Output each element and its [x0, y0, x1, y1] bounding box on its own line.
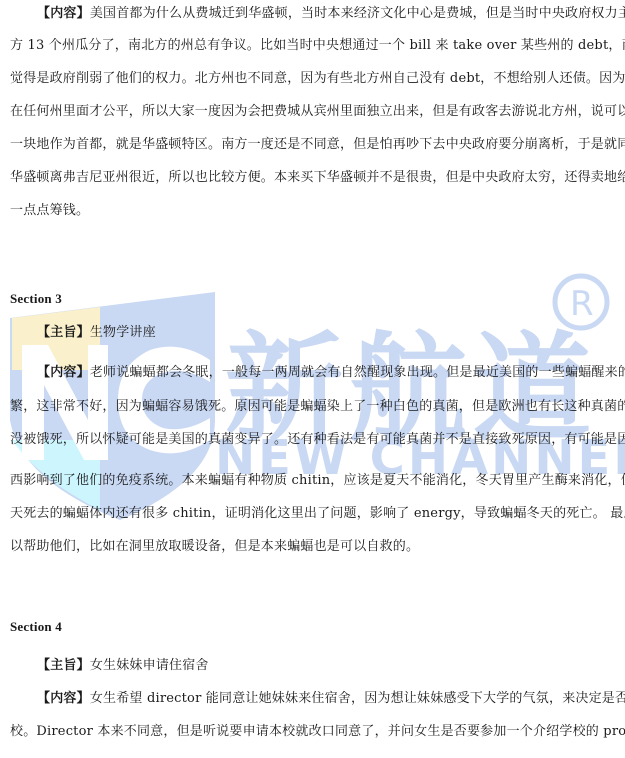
section4-topic: 【主旨】女生妹妹申请住宿舍	[37, 658, 209, 674]
section2-content-line: 方 13 个州瓜分了，南北方的州总有争议。比如当时中央想通过一个 bill 来 …	[10, 38, 625, 54]
section4-content-line: 【内容】女生希望 director 能同意让她妹妹来住宿舍，因为想让妹妹感受下大…	[37, 691, 625, 707]
section3-content-line: 以帮助他们，比如在洞里放取暖设备，但是本来蝙蝠也是可以自救的。	[10, 539, 419, 555]
svg-text:R: R	[570, 284, 594, 324]
section3-topic: 【主旨】生物学讲座	[37, 325, 156, 341]
section2-content-line: 一点点筹钱。	[10, 203, 89, 219]
content-label: 【内容】	[37, 6, 90, 21]
section2-content-line: 一块地作为首都，就是华盛顿特区。南方一度还是不同意，但是怕再吵下去中央政府要分崩…	[10, 137, 625, 153]
topic-label: 【主旨】	[37, 325, 90, 340]
section3-content-line: 西影响到了他们的免疫系统。本来蝙蝠有种物质 chitin，应该是夏天不能消化，冬…	[10, 473, 625, 489]
section3-content-line: 没被饿死，所以怀疑可能是美国的真菌变异了。还有种看法是有可能真菌并不是直接致死原…	[10, 432, 625, 448]
section3-content-line: 【内容】老师说蝙蝠都会冬眠，一般每一两周就会有自然醒现象出现。但是最近美国的一些…	[37, 365, 625, 381]
section4-heading: Section 4	[10, 619, 62, 635]
content-label: 【内容】	[37, 365, 90, 380]
section2-content-line: 觉得是政府削弱了他们的权力。北方州也不同意，因为有些北方州自己没有 debt，不…	[10, 71, 625, 87]
section4-content-line: 校。Director 本来不同意，但是听说要申请本校就改口同意了，并问女生是否要…	[10, 724, 625, 740]
section2-content-line: 【内容】美国首都为什么从费城迁到华盛顿，当时本来经济文化中心是费城，但是当时中央…	[37, 6, 625, 22]
section2-content-line: 在任何州里面才公平，所以大家一度因为会把费城从宾州里面独立出来，但是有政客去游说…	[10, 104, 625, 120]
section3-content-line: 繁，这非常不好，因为蝙蝠容易饿死。原因可能是蝙蝠染上了一种白色的真菌，但是欧洲也…	[10, 399, 625, 415]
section2-content-line: 华盛顿离弗吉尼亚州很近，所以也比较方便。本来买下华盛顿并不是很贵，但是中央政府太…	[10, 170, 625, 186]
topic-label: 【主旨】	[37, 658, 90, 673]
content-label: 【内容】	[37, 691, 90, 706]
section3-heading: Section 3	[10, 291, 62, 307]
section3-content-line: 天死去的蝙蝠体内还有很多 chitin，证明消化这里出了问题，影响了 energ…	[10, 506, 625, 522]
